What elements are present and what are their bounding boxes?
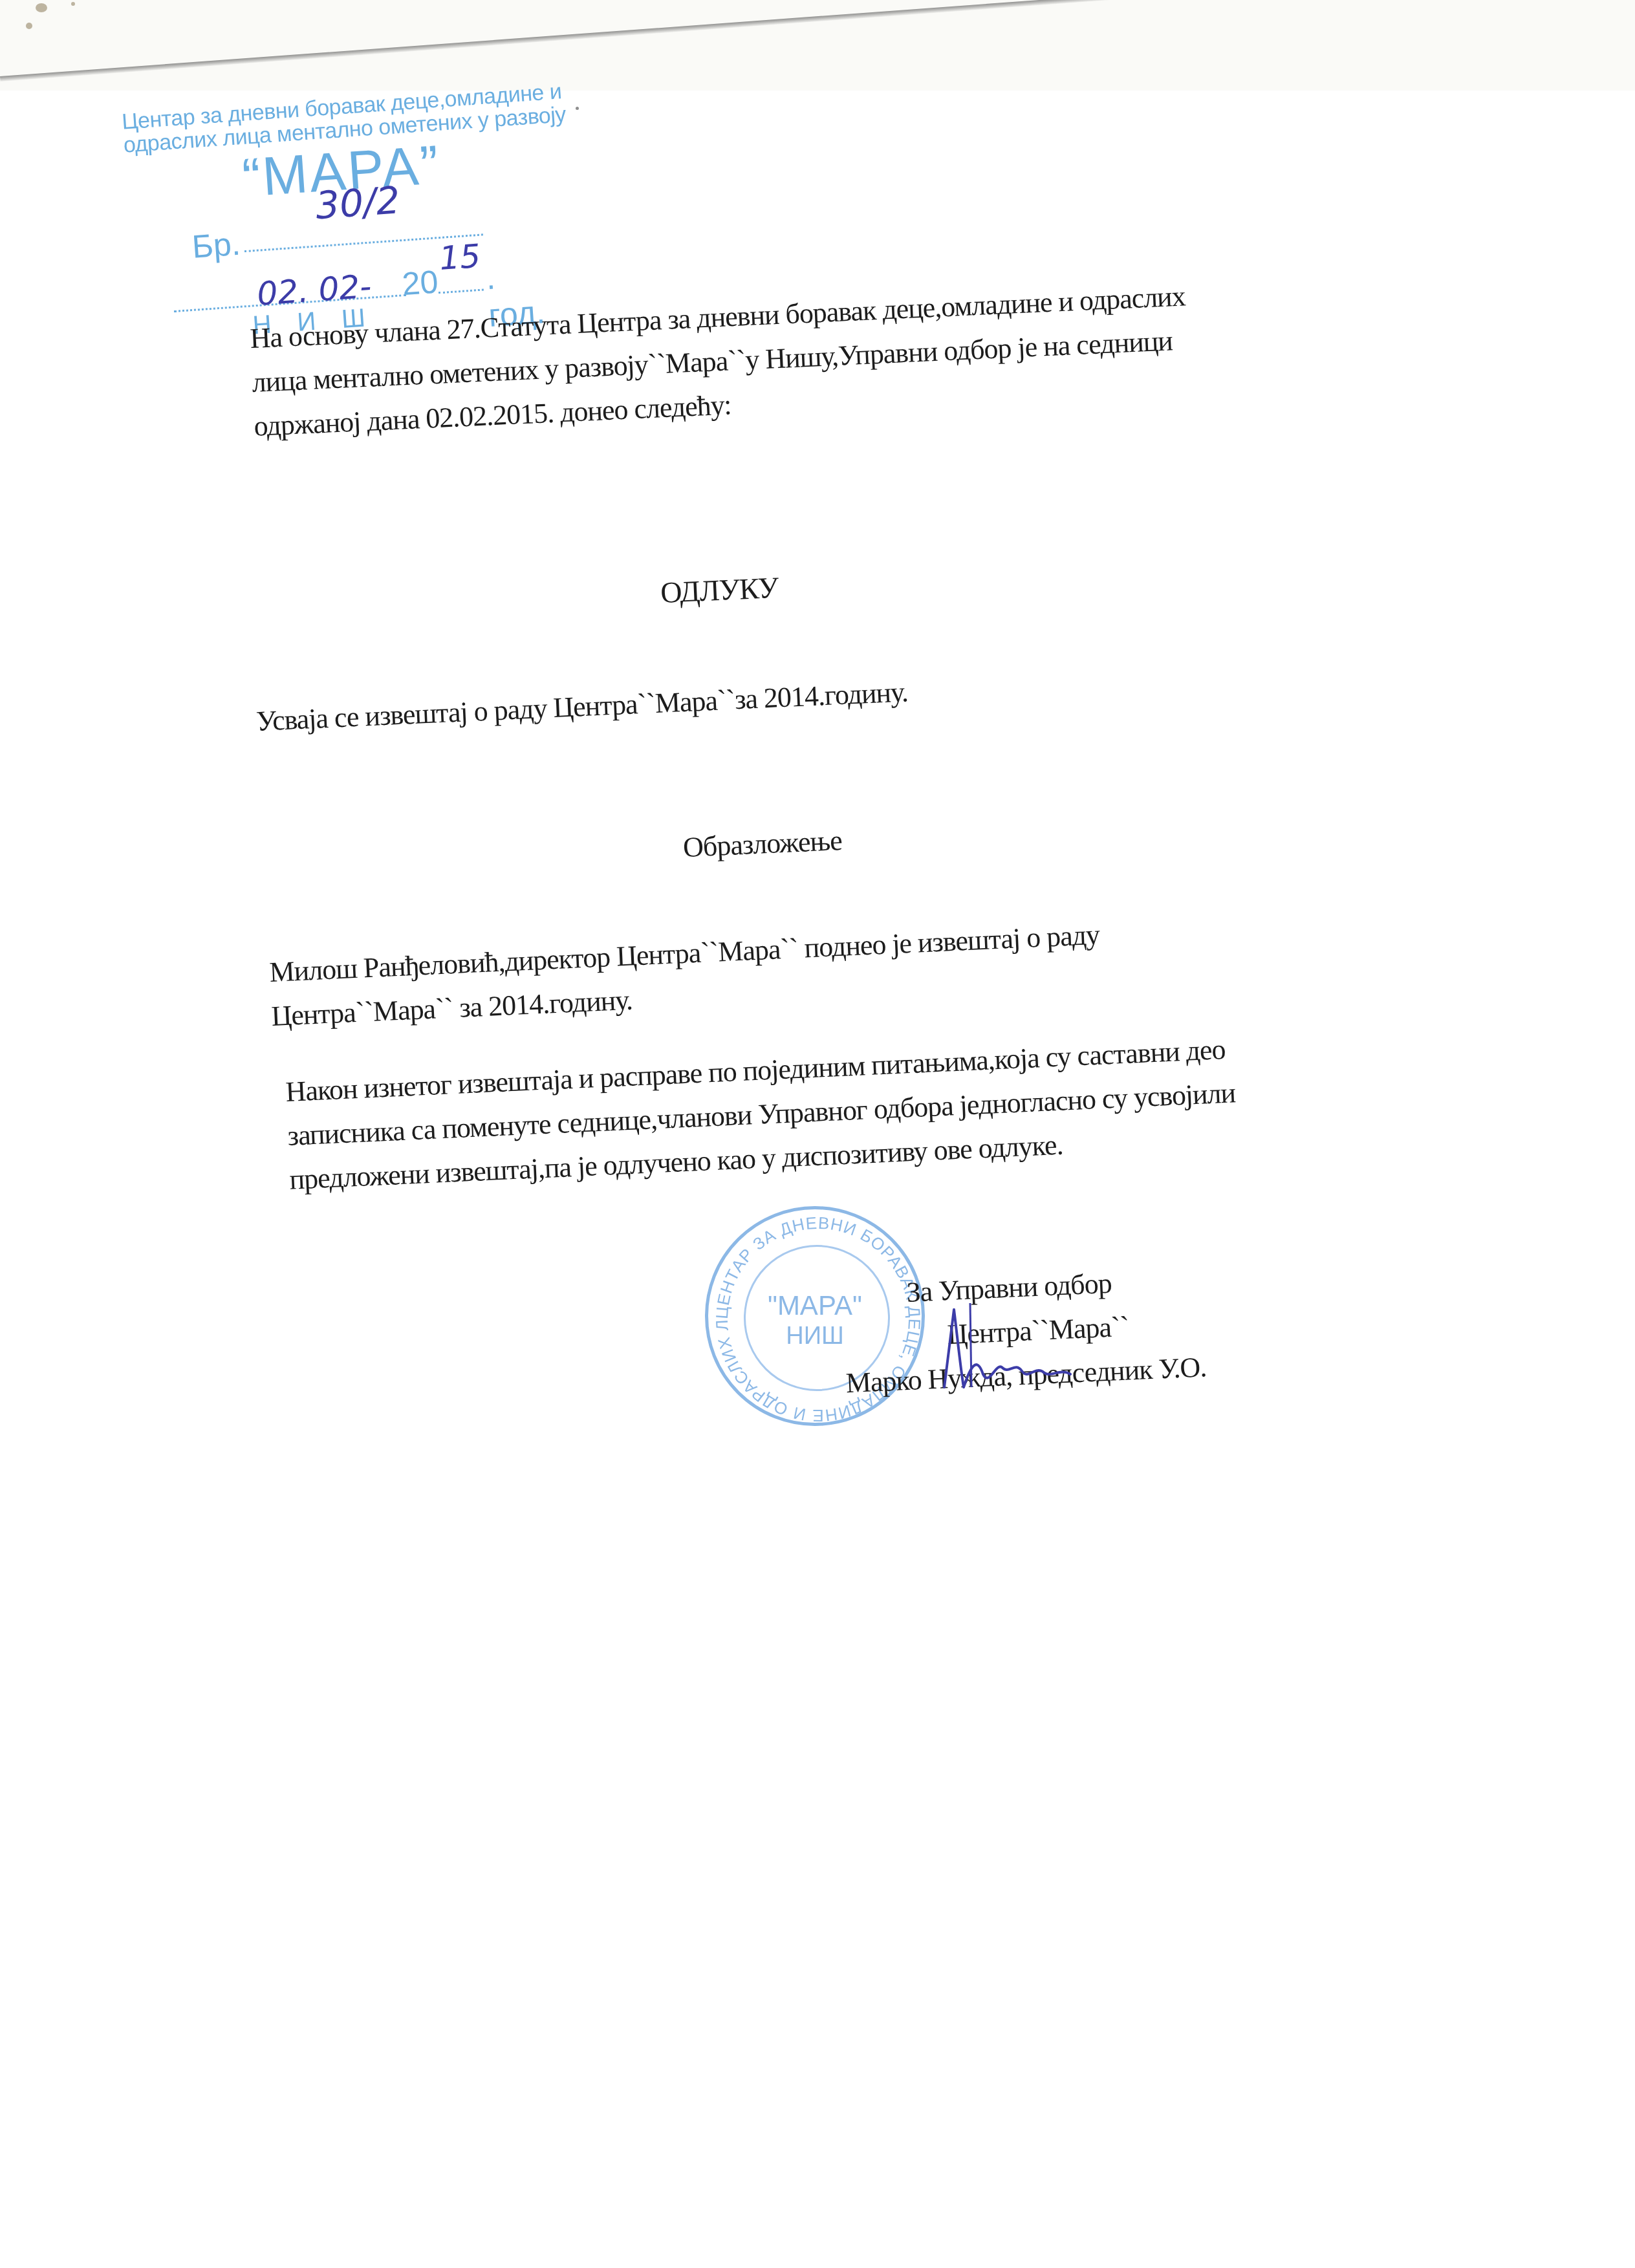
stamp-year-line <box>439 288 484 294</box>
decision-text: Усваја се извештај о раду Центра``Мара``… <box>255 675 909 738</box>
stamp-year-prefix: 20 <box>401 263 440 303</box>
scan-speck <box>36 3 47 12</box>
stamp-number-label: Бр. <box>191 225 241 266</box>
handwritten-signature <box>931 1297 1080 1394</box>
scan-speck <box>26 23 32 29</box>
scan-speck <box>576 107 579 110</box>
explanation-paragraph-2: Након изнетог извештаја и расправе по по… <box>285 1027 1239 1202</box>
explanation-heading: Образложење <box>682 824 843 864</box>
scan-speck <box>71 2 75 6</box>
document-title: ОДЛУКУ <box>660 570 779 610</box>
seal-center-name: "МАРА" <box>708 1290 922 1321</box>
handwritten-year: 15 <box>438 237 482 277</box>
handwritten-number: 30/2 <box>314 178 402 228</box>
scan-background-strip <box>0 0 1635 91</box>
seal-center-city: НИШ <box>708 1323 922 1350</box>
intro-paragraph: На основу члана 27.Статута Центра за дне… <box>249 274 1190 448</box>
registry-stamp: Центар за дневни боравак деце,омладине и… <box>120 61 547 297</box>
explanation-paragraph-1: Милош Ранђеловић,директор Центра``Мара``… <box>268 913 1103 1039</box>
